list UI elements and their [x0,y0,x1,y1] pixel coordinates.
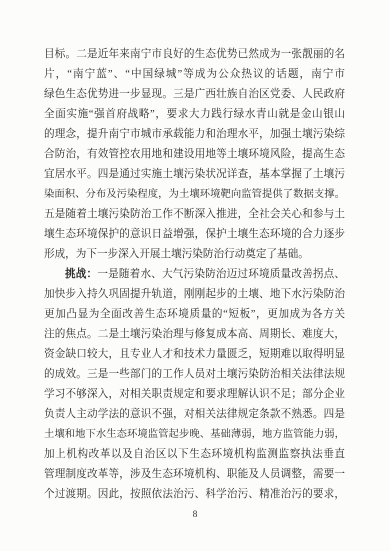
text-line: 壤生态环境保护的意识日益增强，保护土壤生态环境的合力逐步 [44,225,345,245]
text-line: 挑战：一是随着水、大气污染防治迈过环境质量改善拐点、 [44,265,345,285]
text-line: 加上机构改革以及自治区以下生态环境机构监测监察执法垂直 [44,445,345,465]
text-line: 染面积、分布及污染程度，为土壤环境靶向监管提供了数据支撑。 [44,185,345,205]
body-text: 目标。二是近年来南宁市良好的生态优势已然成为一张靓丽的名 片，“南宁蓝”、“中国… [44,45,345,505]
text-line: 绿色生态优势进一步显现。三是广西壮族自治区党委、人民政府 [44,85,345,105]
text-line: 形成，为下一步深入开展土壤污染防治行动奠定了基础。 [44,245,345,265]
text-line: 注的焦点。二是土壤污染治理与修复成本高、周期长、难度大， [44,325,345,345]
text-line: 土壤和地下水生态环境监管起步晚、基础薄弱，地方监管能力弱， [44,425,345,445]
page-number: 8 [0,508,390,522]
text-line: 片，“南宁蓝”、“中国绿城”等成为公众热议的话题，南宁市 [44,65,345,85]
text-line: 加快步入持久巩固提升轨道，刚刚起步的土壤、地下水污染防治 [44,285,345,305]
text-line: 合防治，有效管控农用地和建设用地等土壤环境风险，提高生态 [44,145,345,165]
document-page: 目标。二是近年来南宁市良好的生态优势已然成为一张靓丽的名 片，“南宁蓝”、“中国… [0,0,390,551]
text-line: 更加凸显为全面改善生态环境质量的“短板”，更加成为各方关 [44,305,345,325]
text-line: 五是随着土壤污染防治工作不断深入推进，全社会关心和参与土 [44,205,345,225]
text-line: 的成效。三是一些部门的工作人员对土壤污染防治相关法律法规 [44,365,345,385]
text-line: 负责人主动学法的意识不强，对相关法律规定条款不熟悉。四是 [44,405,345,425]
text-line: 全面实施“强首府战略”，要求大力践行绿水青山就是金山银山 [44,105,345,125]
text-line: 学习不够深入，对相关职责规定和要求理解认识不足；部分企业 [44,385,345,405]
text-line: 宜居水平。四是通过实施土壤污染状况详查，基本掌握了土壤污 [44,165,345,185]
paragraph-lead: 挑战： [65,269,97,280]
text-line: 的理念，提升南宁市城市承载能力和治理水平，加强土壤污染综 [44,125,345,145]
text-line: 资金缺口较大，且专业人才和技术力量匮乏，短期难以取得明显 [44,345,345,365]
text-line: 目标。二是近年来南宁市良好的生态优势已然成为一张靓丽的名 [44,45,345,65]
text-line: 个过渡期。因此，按照依法治污、科学治污、精准治污的要求， [44,485,345,505]
paragraph-lead-rest: 一是随着水、大气污染防治迈过环境质量改善拐点、 [97,269,345,280]
text-line: 管理制度改革等，涉及生态环境机构、职能及人员调整，需要一 [44,465,345,485]
